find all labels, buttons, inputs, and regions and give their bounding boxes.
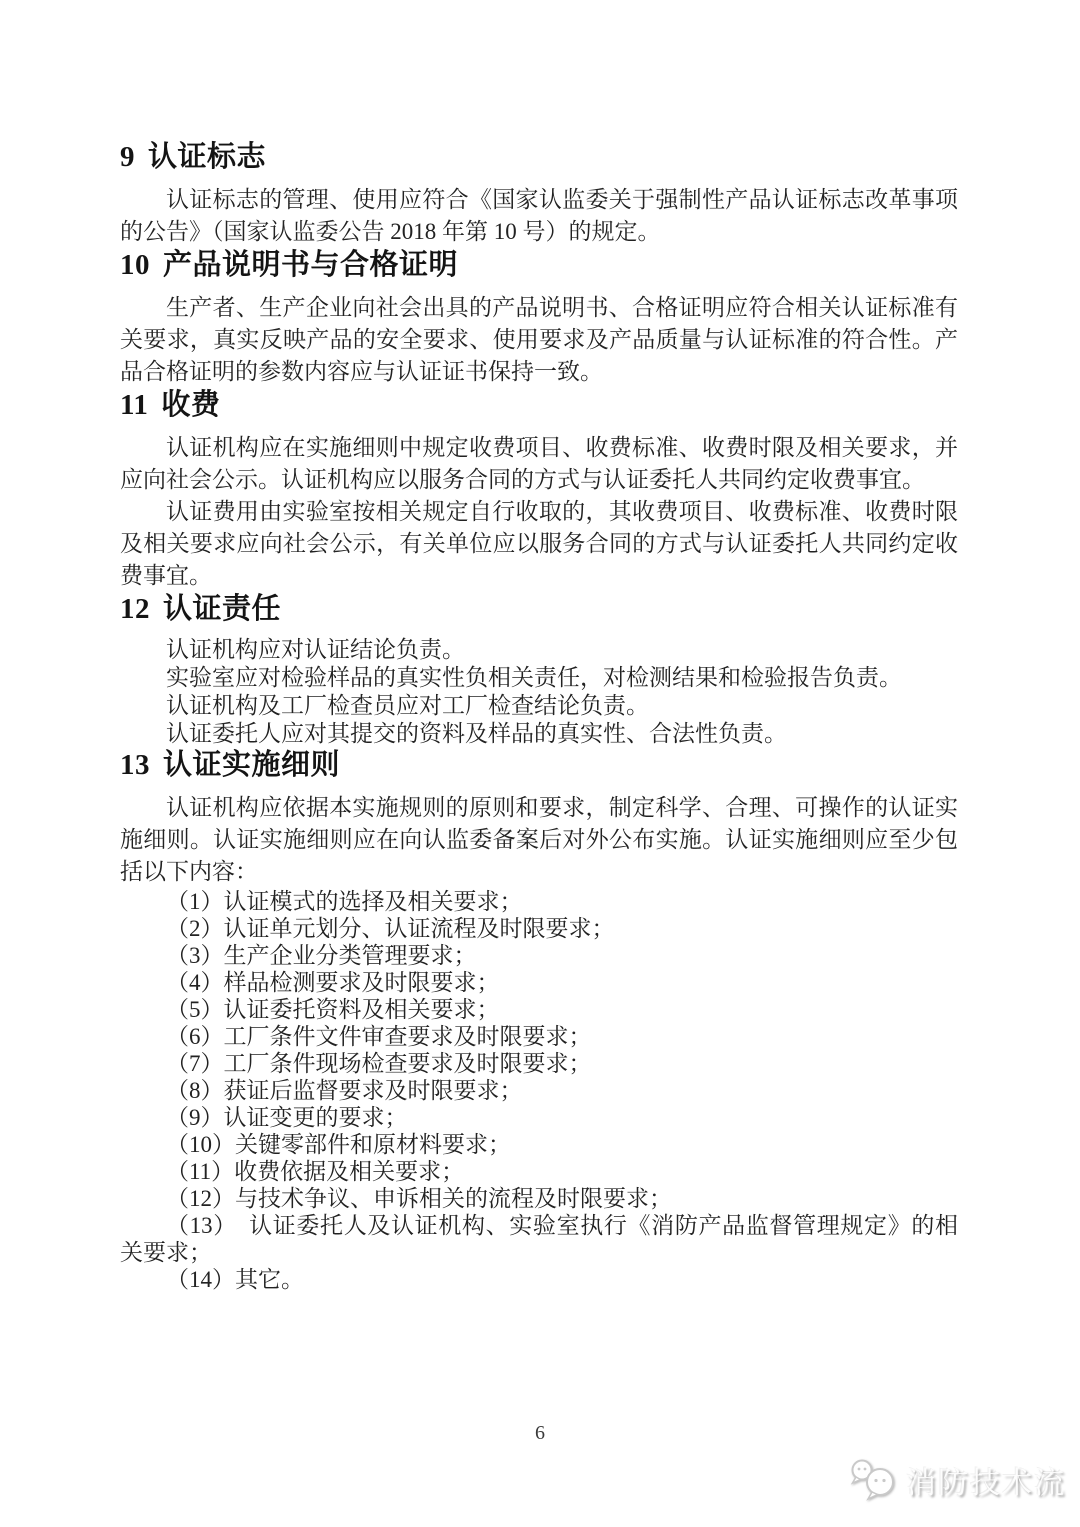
- list-item: （14）其它。: [120, 1266, 958, 1293]
- section-heading: 9认证标志: [120, 140, 958, 174]
- paragraph: 认证机构应在实施细则中规定收费项目、收费标准、收费时限及相关要求，并应向社会公示…: [120, 432, 958, 496]
- section-number: 11: [120, 389, 148, 421]
- section-title-text: 认证责任: [163, 593, 281, 625]
- list-item: （5）认证委托资料及相关要求；: [120, 996, 958, 1023]
- watermark: 消防技术流: [850, 1458, 1066, 1502]
- paragraph: 生产者、生产企业向社会出具的产品说明书、合格证明应符合相关认证标准有关要求，真实…: [120, 292, 958, 388]
- document-page: 9认证标志 认证标志的管理、使用应符合《国家认监委关于强制性产品认证标志改革事项…: [0, 0, 1080, 1527]
- section-number: 9: [120, 141, 135, 173]
- list-item: （9）认证变更的要求；: [120, 1104, 958, 1131]
- paragraph: 认证标志的管理、使用应符合《国家认监委关于强制性产品认证标志改革事项的公告》（国…: [120, 184, 958, 248]
- list-item: （11）收费依据及相关要求；: [120, 1158, 958, 1185]
- list-item: （6）工厂条件文件审查要求及时限要求；: [120, 1023, 958, 1050]
- section-heading: 11收费: [120, 388, 958, 422]
- section-heading: 10产品说明书与合格证明: [120, 248, 958, 282]
- list-item: （13） 认证委托人及认证机构、实验室执行《消防产品监督管理规定》的相关要求；: [120, 1212, 958, 1266]
- responsibility-line: 认证机构应对认证结论负责。: [120, 636, 958, 664]
- section-title-text: 认证标志: [148, 141, 266, 173]
- section-number: 12: [120, 593, 150, 625]
- watermark-text: 消防技术流: [906, 1458, 1066, 1502]
- responsibility-line: 认证机构及工厂检查员应对工厂检查结论负责。: [120, 692, 958, 720]
- section-heading: 13认证实施细则: [120, 748, 958, 782]
- list-item: （2）认证单元划分、认证流程及时限要求；: [120, 915, 958, 942]
- section-heading: 12认证责任: [120, 592, 958, 626]
- list-item: （8）获证后监督要求及时限要求；: [120, 1077, 958, 1104]
- section-certification-responsibility: 12认证责任 认证机构应对认证结论负责。 实验室应对检验样品的真实性负相关责任，…: [120, 592, 958, 748]
- list-item: （1）认证模式的选择及相关要求；: [120, 888, 958, 915]
- responsibility-line: 认证委托人应对其提交的资料及样品的真实性、合法性负责。: [120, 720, 958, 748]
- list-item: （10）关键零部件和原材料要求；: [120, 1131, 958, 1158]
- section-fees: 11收费 认证机构应在实施细则中规定收费项目、收费标准、收费时限及相关要求，并应…: [120, 388, 958, 592]
- section-title-text: 认证实施细则: [163, 749, 340, 781]
- wechat-bubbles-icon: [850, 1459, 898, 1501]
- paragraph: 认证费用由实验室按相关规定自行收取的，其收费项目、收费标准、收费时限及相关要求应…: [120, 496, 958, 592]
- document-content: 9认证标志 认证标志的管理、使用应符合《国家认监委关于强制性产品认证标志改革事项…: [120, 140, 958, 1293]
- section-title-text: 收费: [161, 389, 220, 421]
- paragraph: 认证机构应依据本实施规则的原则和要求，制定科学、合理、可操作的认证实施细则。认证…: [120, 792, 958, 888]
- section-number: 10: [120, 249, 150, 281]
- section-number: 13: [120, 749, 150, 781]
- list-item: （7）工厂条件现场检查要求及时限要求；: [120, 1050, 958, 1077]
- section-product-manual: 10产品说明书与合格证明 生产者、生产企业向社会出具的产品说明书、合格证明应符合…: [120, 248, 958, 388]
- section-implementation-rules: 13认证实施细则 认证机构应依据本实施规则的原则和要求，制定科学、合理、可操作的…: [120, 748, 958, 1293]
- section-certification-mark: 9认证标志 认证标志的管理、使用应符合《国家认监委关于强制性产品认证标志改革事项…: [120, 140, 958, 248]
- list-item: （3）生产企业分类管理要求；: [120, 942, 958, 969]
- page-number: 6: [0, 1422, 1080, 1445]
- list-item: （4）样品检测要求及时限要求；: [120, 969, 958, 996]
- responsibility-line: 实验室应对检验样品的真实性负相关责任，对检测结果和检验报告负责。: [120, 664, 958, 692]
- section-title-text: 产品说明书与合格证明: [163, 249, 458, 281]
- list-item: （12）与技术争议、申诉相关的流程及时限要求；: [120, 1185, 958, 1212]
